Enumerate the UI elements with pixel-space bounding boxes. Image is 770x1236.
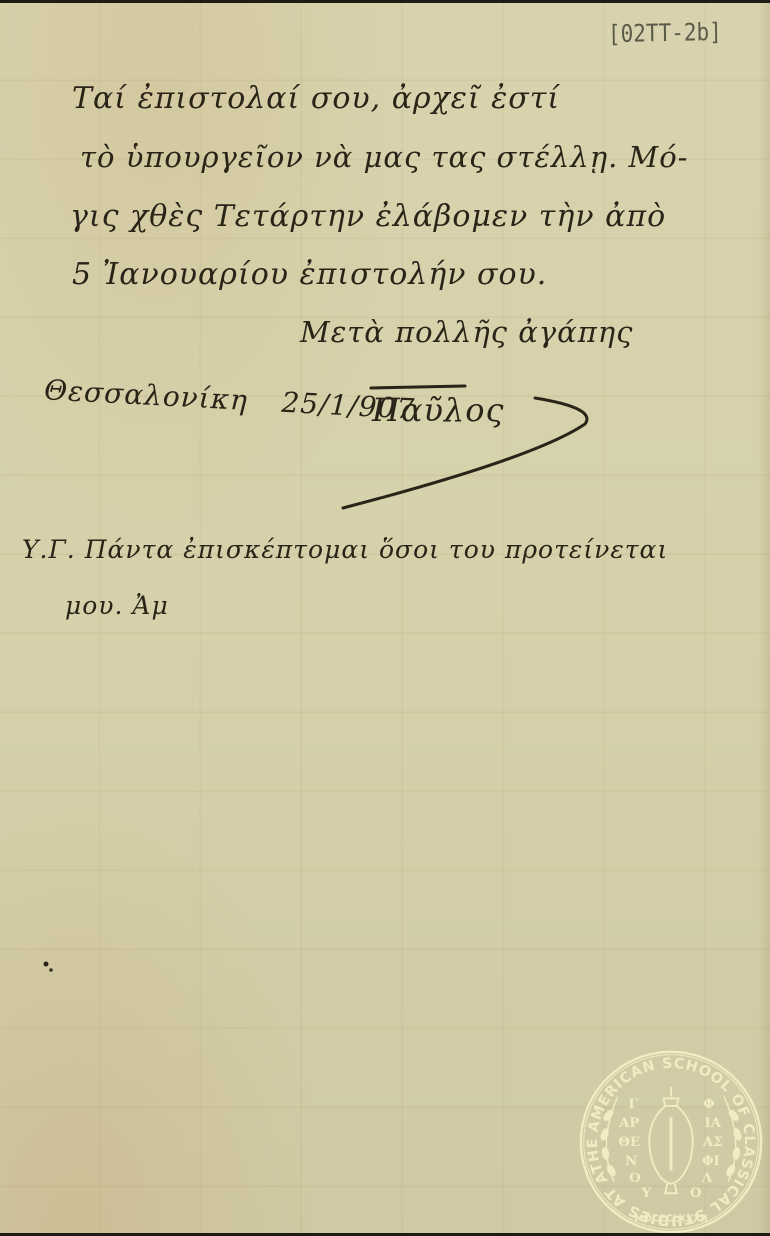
svg-text:ΑΡ: ΑΡ bbox=[618, 1116, 639, 1131]
svg-text:Ν: Ν bbox=[625, 1154, 637, 1169]
svg-text:Ο: Ο bbox=[629, 1171, 641, 1186]
svg-text:MDCCCLXXXII: MDCCCLXXXII bbox=[634, 1214, 707, 1225]
place: Θεσσαλονίκη bbox=[43, 373, 248, 417]
svg-text:Υ: Υ bbox=[641, 1186, 652, 1201]
svg-text:Γ: Γ bbox=[628, 1097, 638, 1112]
body-line-1: Ταί ἐπιστολαί σου, ἀρχεῖ ἐστί bbox=[72, 81, 560, 116]
svg-text:Φ: Φ bbox=[703, 1097, 715, 1112]
institution-seal-icon: AMERICAN SCHOOL OF CLASSICAL STUDIES AT … bbox=[576, 1049, 766, 1233]
svg-text:Ο: Ο bbox=[690, 1186, 702, 1201]
svg-text:ΦΙ: ΦΙ bbox=[702, 1154, 720, 1169]
postscript-line-1: Υ.Γ. Πάντα ἐπισκέπτομαι ὅσοι του προτείν… bbox=[22, 535, 668, 564]
signature: Παῦλος bbox=[372, 391, 504, 429]
closing-salutation: Μετὰ πολλῆς ἀγάπης bbox=[300, 315, 633, 349]
svg-text:Λ: Λ bbox=[701, 1171, 713, 1186]
body-line-3: γις χθὲς Τετάρτην ἐλάβομεν τὴν ἀπὸ bbox=[70, 199, 666, 234]
svg-text:ΑΣ: ΑΣ bbox=[702, 1135, 723, 1150]
body-line-4: 5 Ἰανουαρίου ἐπιστολήν σου. bbox=[72, 257, 547, 292]
ink-spot-icon bbox=[40, 958, 60, 978]
body-line-2: τὸ ὑπουργεῖον νὰ μας τας στέλλῃ. Μό- bbox=[80, 140, 688, 174]
svg-text:ΘΕ: ΘΕ bbox=[618, 1135, 640, 1150]
reference-stamp: [02ΤΤ-2b] bbox=[608, 18, 722, 48]
letter-page: [02ΤΤ-2b] Ταί ἐπιστολαί σου, ἀρχεῖ ἐστί … bbox=[0, 3, 770, 1233]
postscript-line-2: μου. Ἀμ bbox=[65, 591, 169, 620]
svg-text:ΙΑ: ΙΑ bbox=[705, 1116, 722, 1131]
